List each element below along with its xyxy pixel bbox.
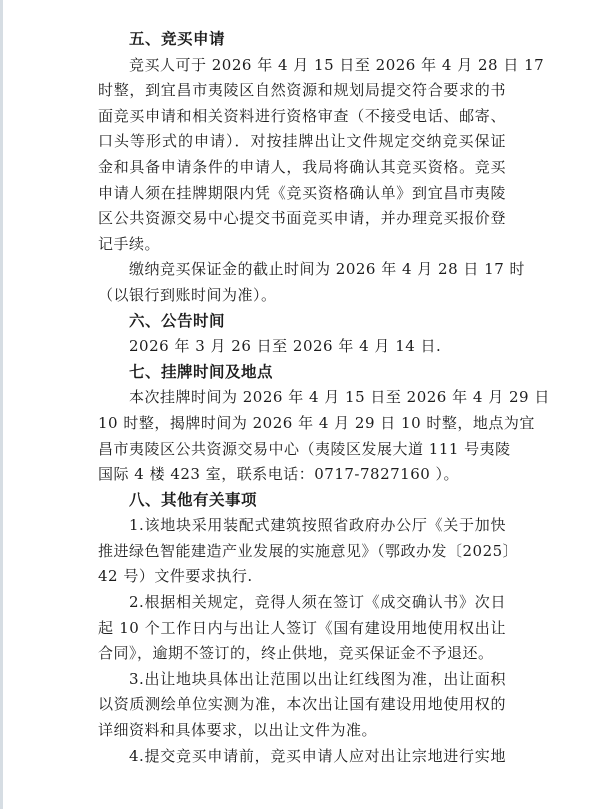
list-item-prefab-building: 1.该地块采用装配式建筑按照省政府办公厅《关于加快 推进绿色智能建造产业发展的实… [98, 513, 506, 590]
text-line: 4.提交竞买申请前，竞买申请人应对出让宗地进行实地 [98, 744, 506, 770]
text-line: 详细资料和具体要求，以出让文件为准。 [98, 718, 506, 744]
list-item-transfer-scope: 3.出让地块具体出让范围以出让红线图为准，出让面积 以资质测绘单位实测为准，本次… [98, 667, 506, 744]
text-line: 缴纳竞买保证金的截止时间为 2026 年 4 月 28 日 17 时 [98, 257, 506, 283]
text-line: 42 号）文件要求执行. [98, 564, 506, 590]
section-heading-listing-time-place: 七、挂牌时间及地点 [98, 360, 506, 386]
text-line: 申请人须在挂牌期限内凭《竞买资格确认单》到宜昌市夷陵 [98, 181, 506, 207]
text-line: 以资质测绘单位实测为准，本次出让国有建设用地使用权的 [98, 692, 506, 718]
text-line: 区公共资源交易中心提交书面竞买申请，并办理竞买报价登 [98, 206, 506, 232]
text-line: 时整，到宜昌市夷陵区自然资源和规划局提交符合要求的书 [98, 78, 506, 104]
text-line: 1.该地块采用装配式建筑按照省政府办公厅《关于加快 [98, 513, 506, 539]
paragraph-announcement-period: 2026 年 3 月 26 日至 2026 年 4 月 14 日. [98, 334, 506, 360]
text-line: （以银行到账时间为准）。 [98, 283, 506, 309]
text-line: 本次挂牌时间为 2026 年 4 月 15 日至 2026 年 4 月 29 日 [98, 385, 506, 411]
section-heading-announcement-period: 六、公告时间 [98, 309, 506, 335]
text-line: 面竞买申请和相关资料进行资格审查（不接受电话、邮寄、 [98, 104, 506, 130]
text-line: 口头等形式的申请）．对按挂牌出让文件规定交纳竞买保证 [98, 129, 506, 155]
text-line: 推进绿色智能建造产业发展的实施意见》（鄂政办发〔2025〕 [98, 539, 506, 565]
paragraph-listing-time-place: 本次挂牌时间为 2026 年 4 月 15 日至 2026 年 4 月 29 日… [98, 385, 506, 487]
paragraph-deposit-deadline: 缴纳竞买保证金的截止时间为 2026 年 4 月 28 日 17 时 （以银行到… [98, 257, 506, 308]
document-page: 五、竞买申请 竞买人可于 2026 年 4 月 15 日至 2026 年 4 月… [98, 27, 506, 769]
paragraph-bid-application: 竞买人可于 2026 年 4 月 15 日至 2026 年 4 月 28 日 1… [98, 53, 506, 258]
text-line: 国际 4 楼 423 室，联系电话：0717-7827160 ）。 [98, 462, 506, 488]
left-edge-border [0, 0, 3, 809]
section-heading-bid-application: 五、竞买申请 [98, 27, 506, 53]
text-line: 金和具备申请条件的申请人，我局将确认其竞买资格。竞买 [98, 155, 506, 181]
text-line: 竞买人可于 2026 年 4 月 15 日至 2026 年 4 月 28 日 1… [98, 53, 506, 79]
text-line: 2026 年 3 月 26 日至 2026 年 4 月 14 日. [98, 334, 506, 360]
text-line: 10 时整，揭牌时间为 2026 年 4 月 29 日 10 时整，地点为宜 [98, 411, 506, 437]
text-line: 合同》，逾期不签订的，终止供地，竞买保证金不予退还。 [98, 641, 506, 667]
section-heading-other-matters: 八、其他有关事项 [98, 488, 506, 514]
text-line: 昌市夷陵区公共资源交易中心（夷陵区发展大道 111 号夷陵 [98, 437, 506, 463]
text-line: 起 10 个工作日内与出让人签订《国有建设用地使用权出让 [98, 616, 506, 642]
text-line: 3.出让地块具体出让范围以出让红线图为准，出让面积 [98, 667, 506, 693]
text-line: 2.根据相关规定，竞得人须在签订《成交确认书》次日 [98, 590, 506, 616]
text-line: 记手续。 [98, 232, 506, 258]
list-item-contract-signing: 2.根据相关规定，竞得人须在签订《成交确认书》次日 起 10 个工作日内与出让人… [98, 590, 506, 667]
list-item-site-inspection: 4.提交竞买申请前，竞买申请人应对出让宗地进行实地 [98, 744, 506, 770]
